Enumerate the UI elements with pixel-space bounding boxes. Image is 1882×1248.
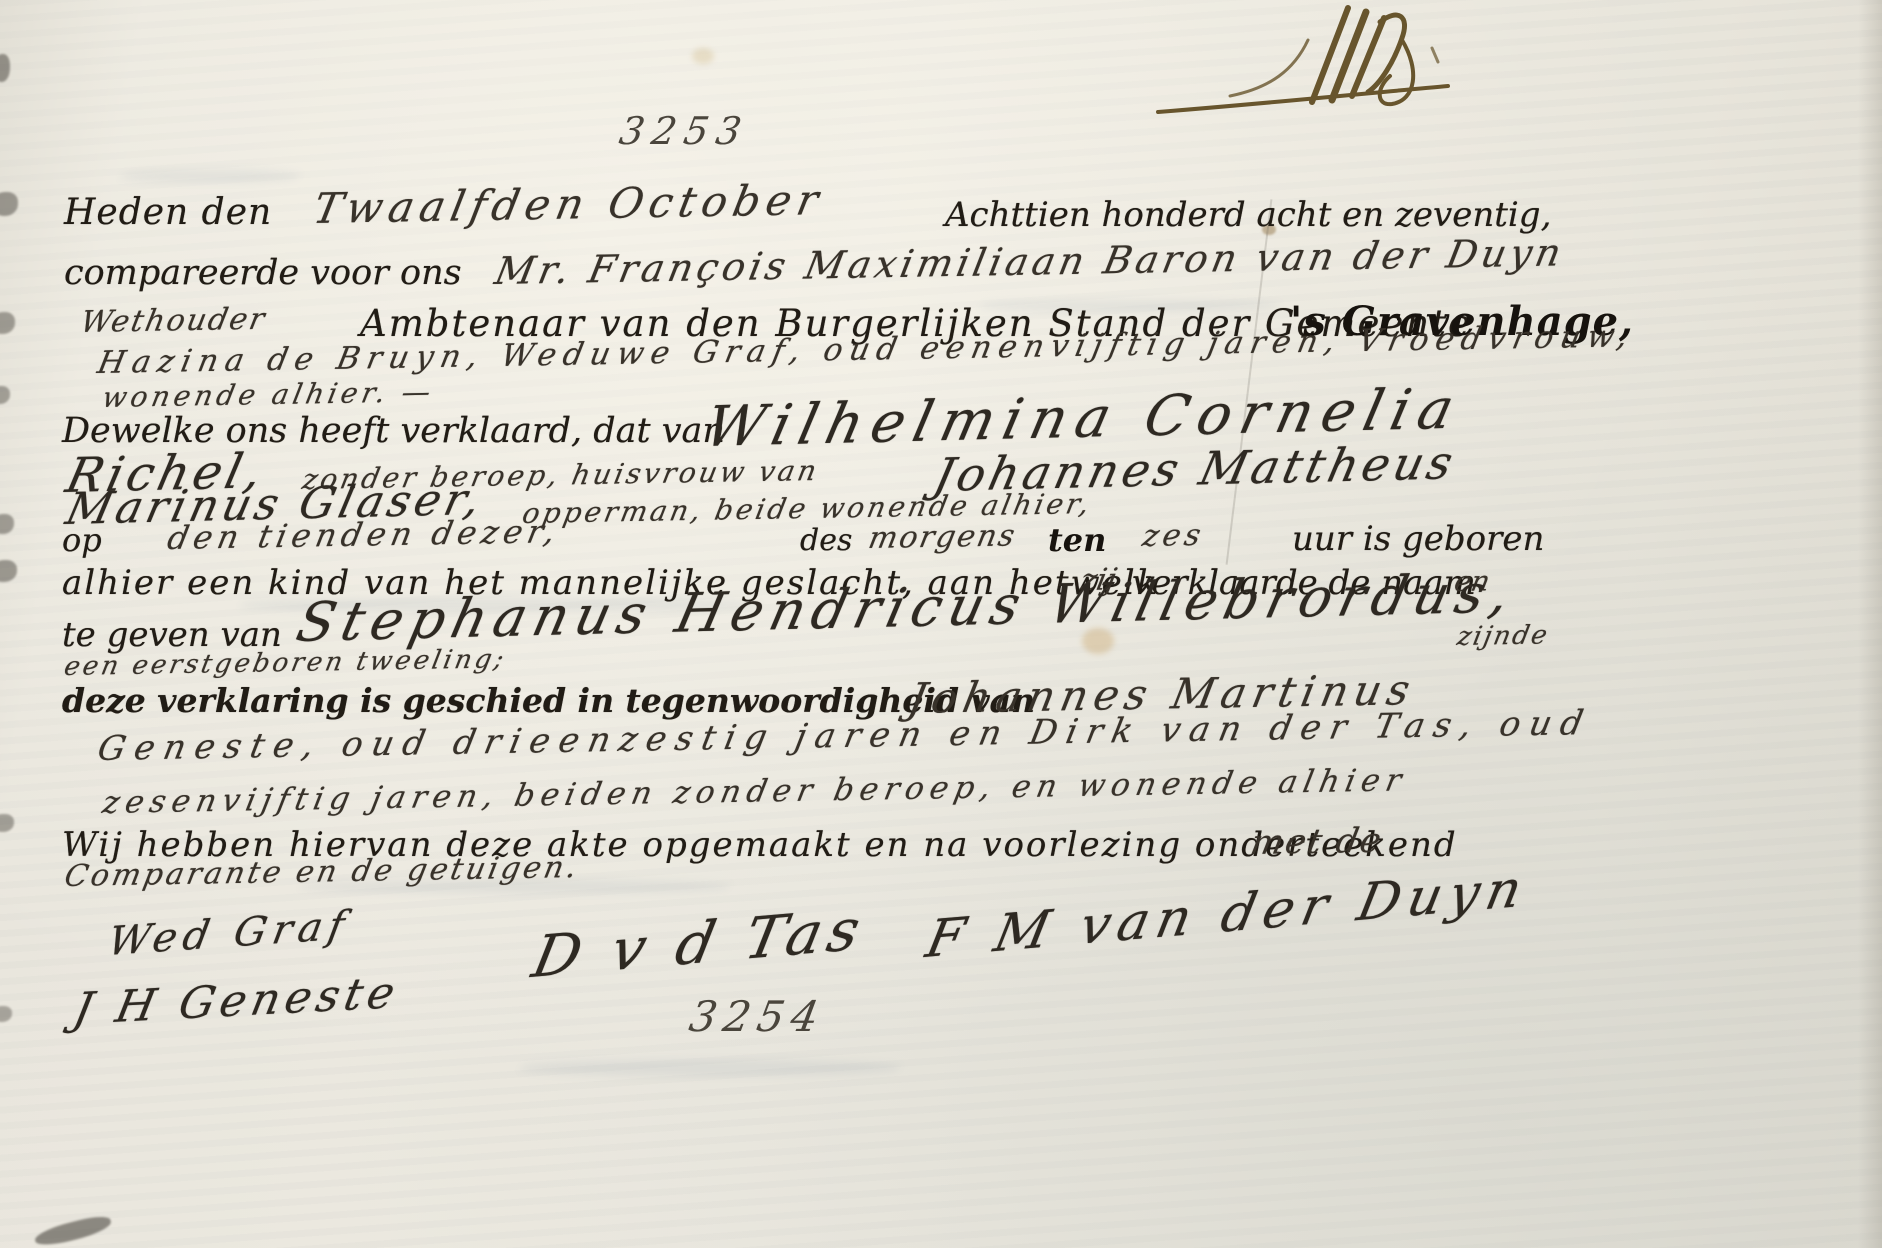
hand-birth-hour: zes: [1140, 521, 1207, 552]
printed-achttien-honderd: Achttien honderd acht en zeventig,: [945, 198, 1551, 232]
binding-ink-mark: [0, 312, 15, 334]
printed-uur-is-geboren: uur is geboren: [1292, 522, 1544, 556]
hand-wethouder: Wethouder: [78, 305, 269, 338]
hand-wonende-alhier: wonende alhier. —: [100, 378, 437, 412]
binding-ink-mark: [0, 386, 10, 404]
hand-eerstgeboren-tweeling: een eerstgeboren tweeling;: [62, 646, 509, 680]
bleed-through-text: [118, 170, 301, 182]
printed-heden-den: Heden den: [64, 195, 272, 231]
paraph-signature: [1080, 0, 1540, 135]
hand-witness-line-2: zesenvijftig jaren, beiden zonder beroep…: [100, 765, 1410, 819]
bleed-through-text: [518, 1060, 902, 1076]
hand-comparante-getuigen: Comparante en de getuigen.: [62, 853, 582, 892]
page-right-edge-shadow: [1858, 0, 1882, 1248]
printed-ten: ten: [1048, 524, 1106, 556]
printed-te-geven-van: te geven van: [62, 618, 282, 652]
hand-morgens: morgens: [866, 521, 1019, 554]
hand-date-twaalfden-october: Twaalfden October: [310, 179, 828, 230]
binding-ink-mark: [0, 514, 14, 534]
printed-op: op: [62, 524, 102, 556]
hand-registrar-name: Mr. François Maximiliaan Baron van der D…: [492, 233, 1568, 290]
binding-ink-mark: [0, 814, 14, 832]
signature-geneste: J H Geneste: [70, 971, 403, 1032]
signature-van-der-duyn: F M van der Duyn: [922, 863, 1533, 966]
printed-dewelke-verklaard: Dewelke ons heeft verklaard, dat van: [62, 414, 725, 449]
signature-van-der-tas: D v d Tas: [528, 900, 871, 986]
printed-des: des: [800, 526, 852, 556]
binding-ink-mark: [0, 1006, 12, 1022]
hand-met-de: met de: [1248, 824, 1386, 860]
hand-zijnde: zijnde: [1455, 622, 1551, 650]
hand-birth-day: den tienden dezer,: [165, 515, 563, 554]
printed-compareerde-voor-ons: compareerde voor ons: [64, 256, 462, 291]
signature-widow-graf: Wed Graf: [105, 906, 353, 962]
binding-ink-mark: [0, 192, 18, 216]
document-page: 3253 Heden den Twaalfden October Achttie…: [0, 0, 1882, 1248]
printed-tegenwoordigheid-van: deze verklaring is geschied in tegenwoor…: [62, 684, 1035, 717]
corner-ink-smear: [33, 1213, 113, 1248]
next-act-number: 3254: [686, 996, 828, 1038]
act-number: 3253: [617, 112, 752, 150]
binding-ink-mark: [0, 560, 17, 582]
binding-ink-mark: [0, 54, 10, 82]
foxing-stain: [692, 48, 714, 64]
